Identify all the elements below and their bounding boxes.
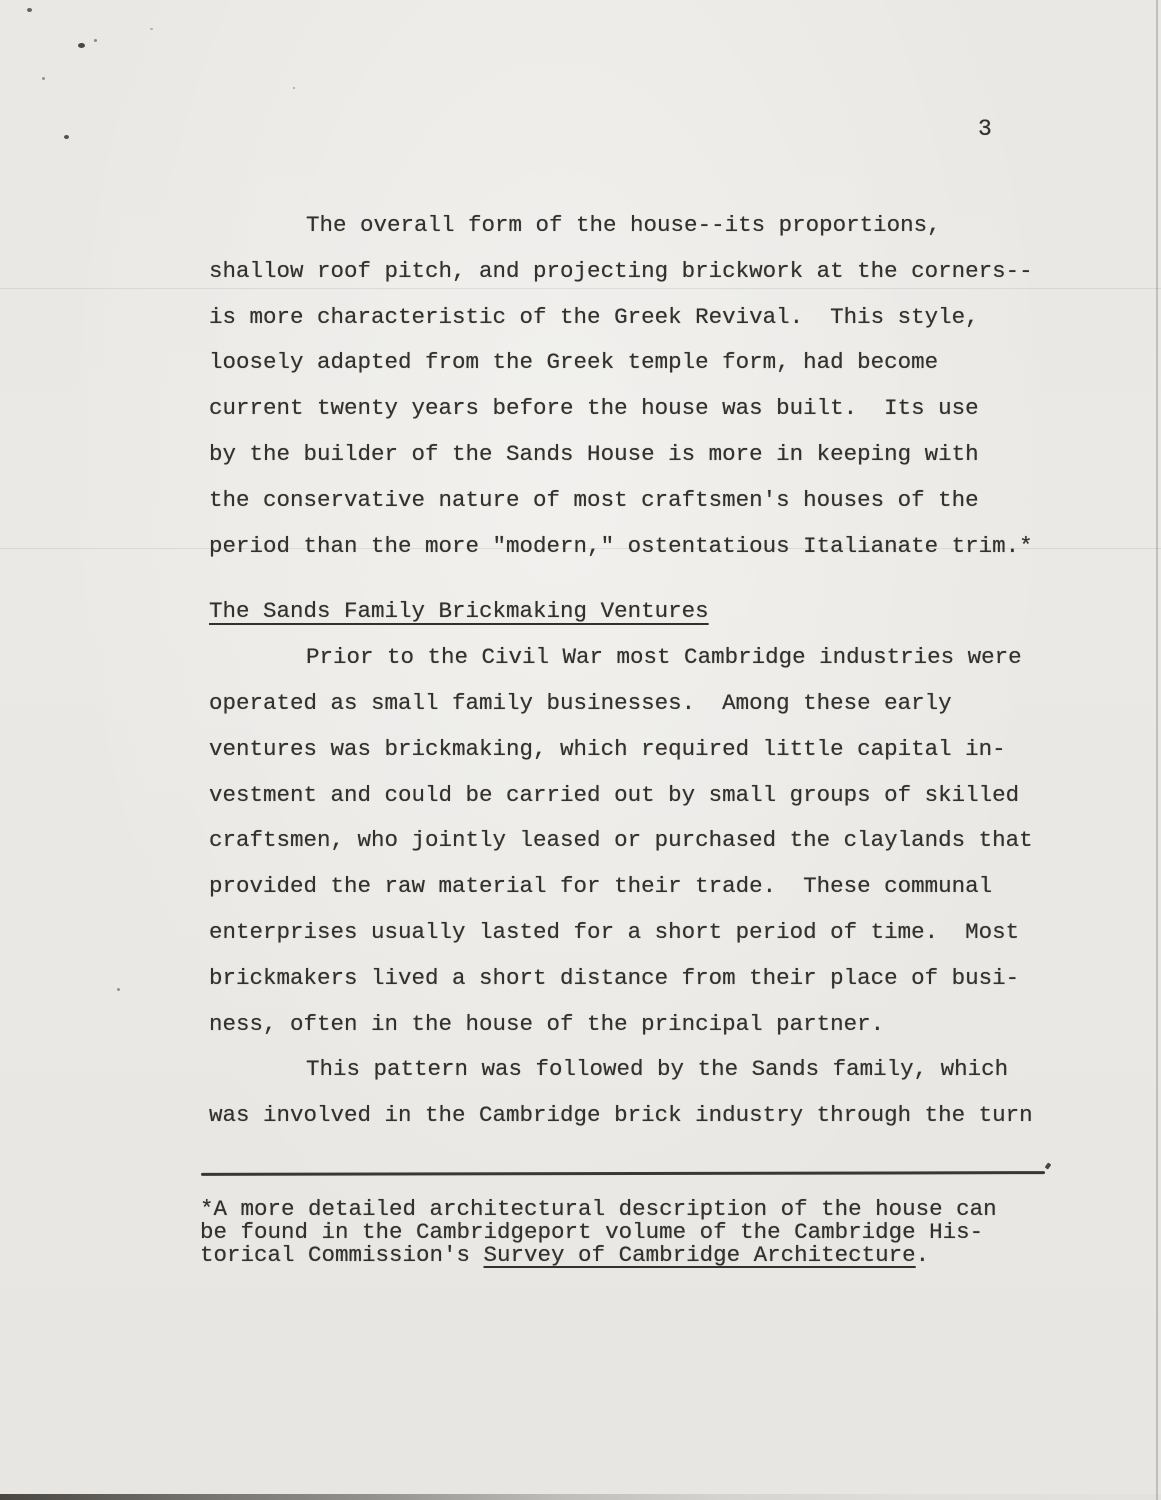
underlined-book-title: Survey of Cambridge Architecture (484, 1242, 916, 1268)
scan-speckle (78, 43, 85, 48)
typed-line: by the builder of the Sands House is mor… (209, 432, 1069, 478)
scan-speckle (27, 8, 32, 12)
footnote-line: *A more detailed architectural descripti… (200, 1198, 1060, 1221)
footnote-text: torical Commission's (200, 1242, 484, 1268)
scan-speckle (42, 77, 45, 80)
typed-line: the conservative nature of most craftsme… (209, 478, 1069, 524)
scan-speckle (150, 28, 153, 30)
typed-line: provided the raw material for their trad… (209, 864, 1069, 910)
scan-speckle (64, 135, 69, 139)
footnote-separator-line (201, 1171, 1045, 1175)
scan-edge-artifact (0, 1494, 1161, 1500)
typed-line: Prior to the Civil War most Cambridge in… (209, 635, 1069, 681)
scan-edge-line (1156, 0, 1158, 1500)
page-number: 3 (978, 116, 992, 142)
footnote: *A more detailed architectural descripti… (200, 1198, 1060, 1268)
typed-line: The overall form of the house--its propo… (209, 203, 1069, 249)
typed-line: was involved in the Cambridge brick indu… (209, 1093, 1069, 1139)
typed-line: loosely adapted from the Greek temple fo… (209, 340, 1069, 386)
typed-line: shallow roof pitch, and projecting brick… (209, 249, 1069, 295)
typed-line: brickmakers lived a short distance from … (209, 956, 1069, 1002)
document-page: 3 The overall form of the house--its pro… (0, 0, 1161, 1500)
footnote-line: be found in the Cambridgeport volume of … (200, 1221, 1060, 1244)
typed-line: ventures was brickmaking, which required… (209, 727, 1069, 773)
footnote-text: . (916, 1242, 930, 1268)
scan-speckle (293, 87, 295, 89)
typed-line: vestment and could be carried out by sma… (209, 773, 1069, 819)
typed-line: period than the more "modern," ostentati… (209, 524, 1069, 570)
scan-speckle (94, 39, 97, 42)
scan-speckle (1045, 1162, 1052, 1169)
footnote-line: torical Commission's Survey of Cambridge… (200, 1244, 1060, 1267)
typed-line: craftsmen, who jointly leased or purchas… (209, 818, 1069, 864)
typed-line: ness, often in the house of the principa… (209, 1002, 1069, 1048)
typed-line: enterprises usually lasted for a short p… (209, 910, 1069, 956)
typed-line: current twenty years before the house wa… (209, 386, 1069, 432)
typed-line: operated as small family businesses. Amo… (209, 681, 1069, 727)
typed-line: This pattern was followed by the Sands f… (209, 1047, 1069, 1093)
section-heading: The Sands Family Brickmaking Ventures (209, 589, 1069, 635)
body-text: The overall form of the house--its propo… (209, 203, 1069, 1139)
scan-speckle (117, 988, 120, 991)
typed-line: is more characteristic of the Greek Revi… (209, 295, 1069, 341)
